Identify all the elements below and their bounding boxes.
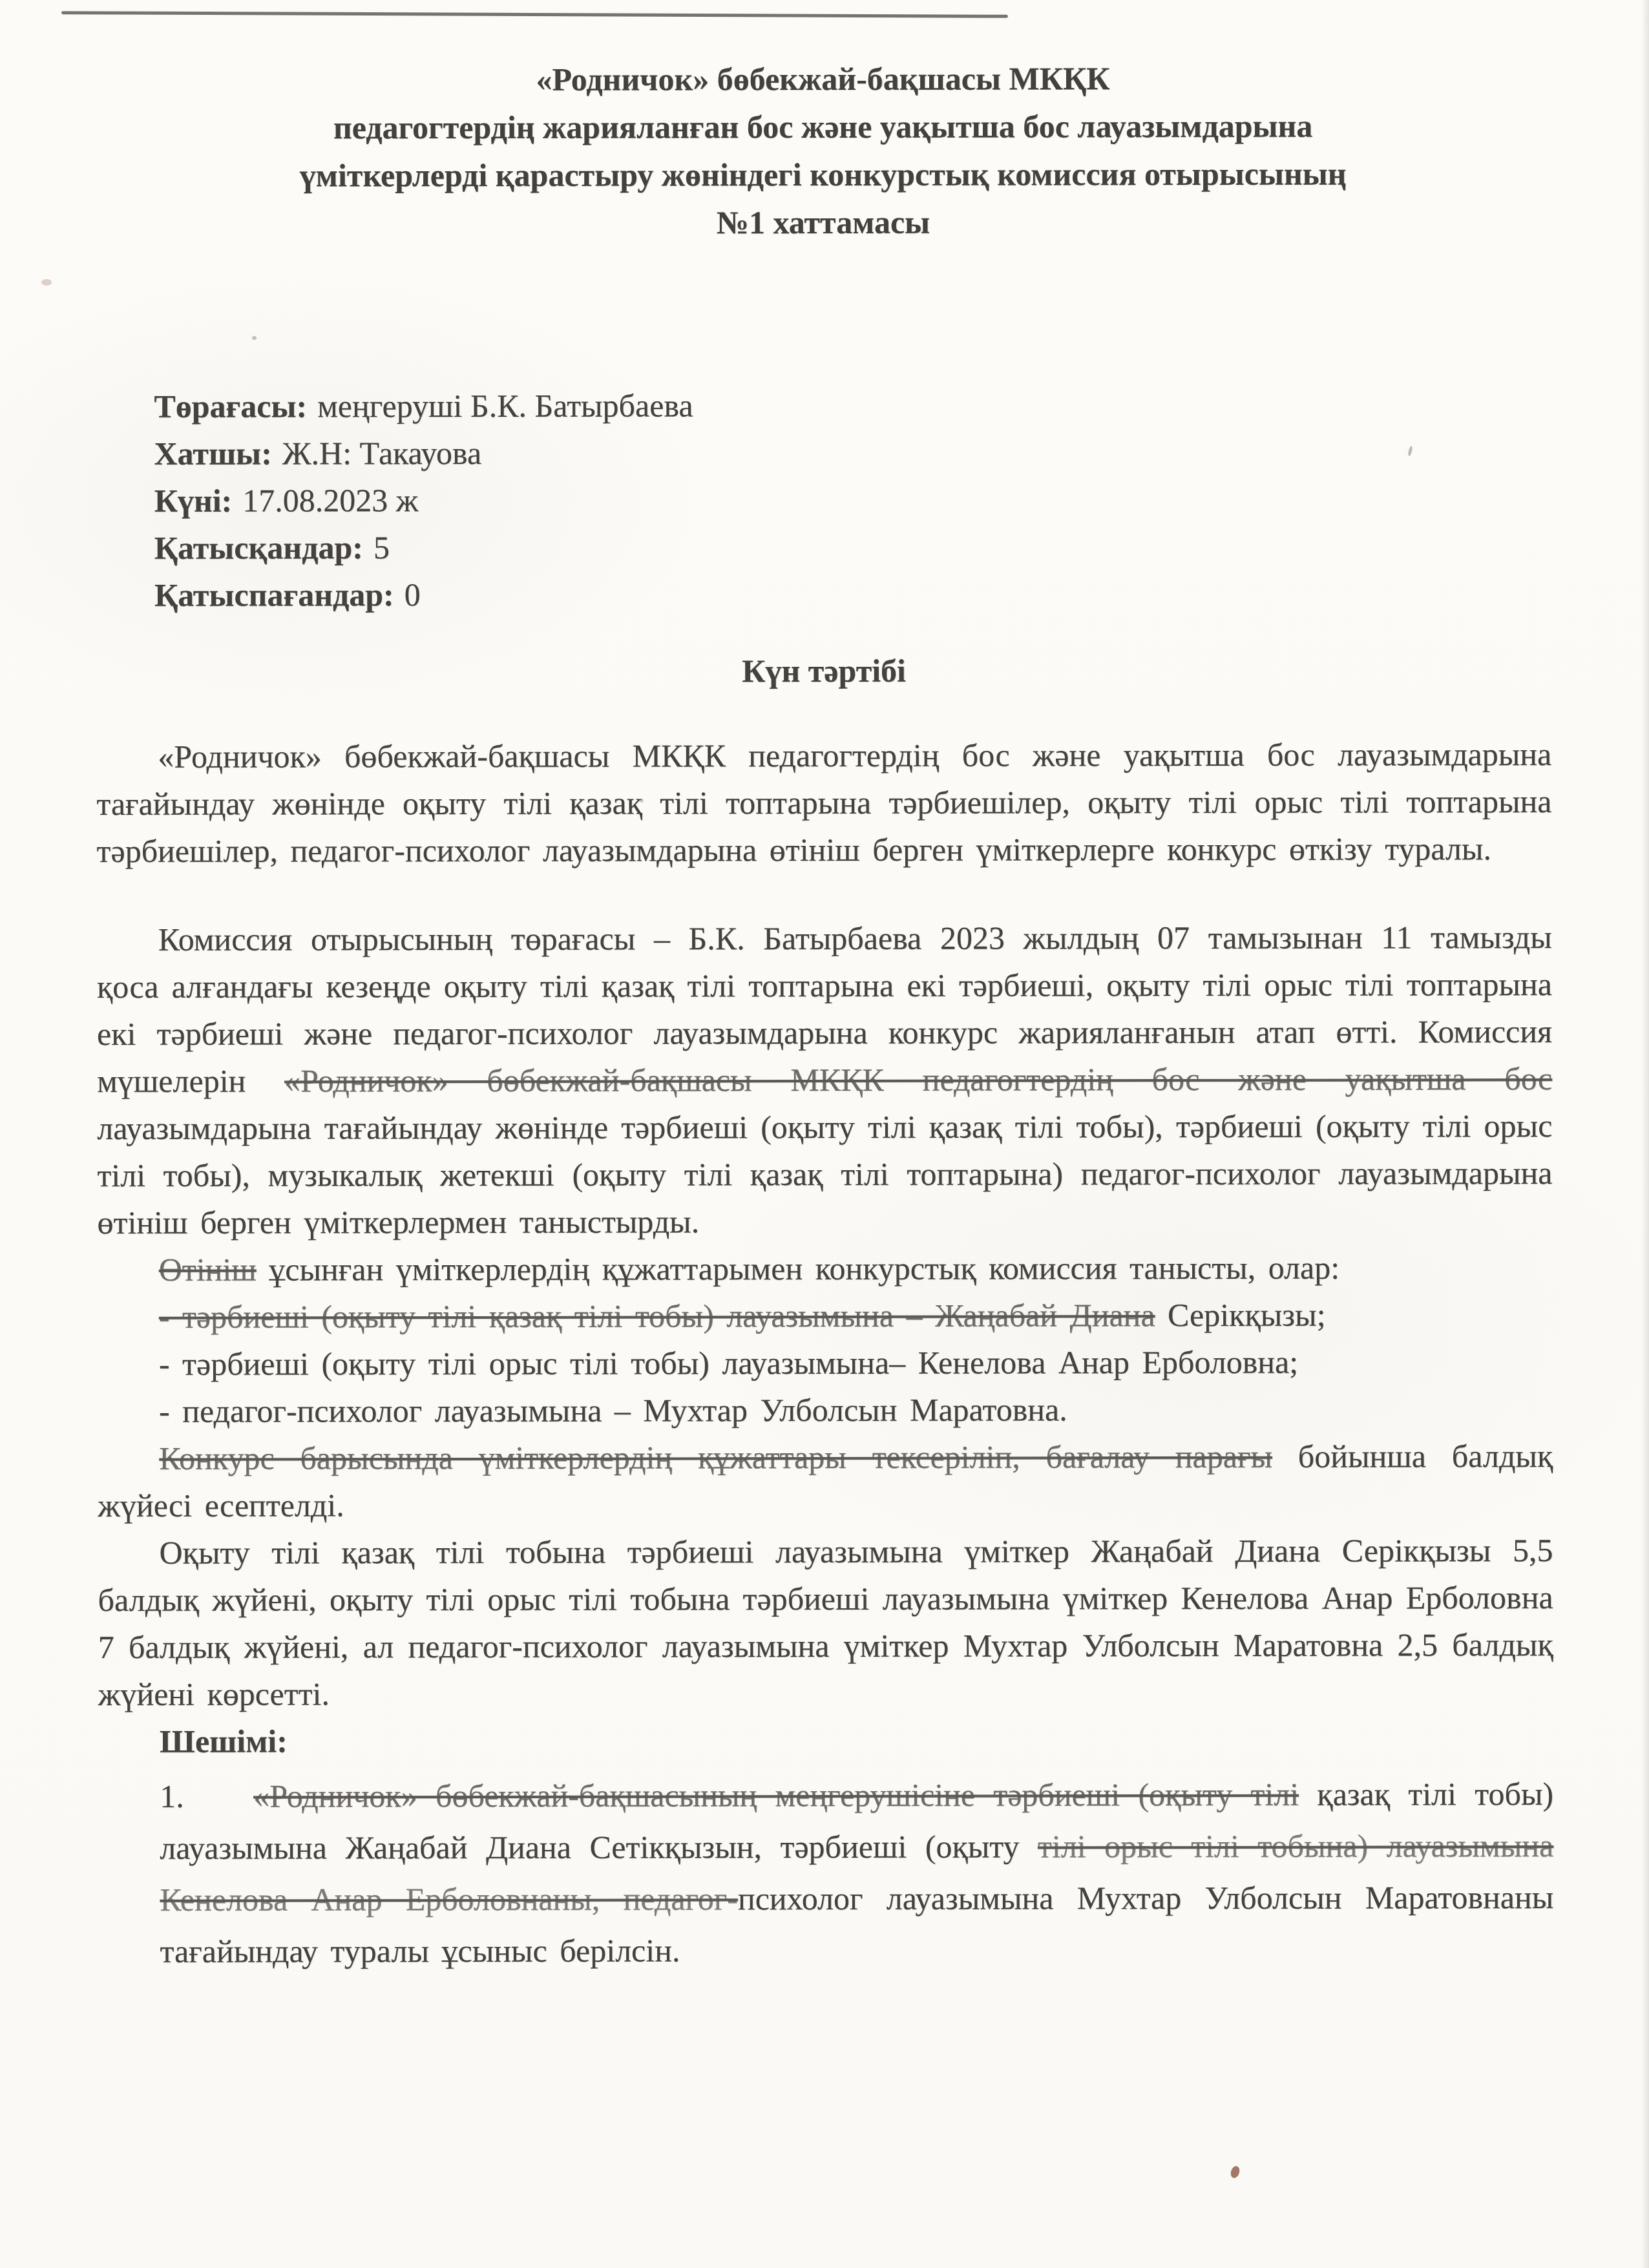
meta-block: Төрағасы:меңгеруші Б.К. Батырбаева Хатшы… (96, 381, 1551, 619)
scan-artifact-red-speck (1229, 2165, 1241, 2179)
paragraph-agenda: «Родничок» бөбекжай-бақшасы МКҚК педагог… (96, 731, 1551, 875)
document-content: «Родничок» бөбекжай-бақшасы МКҚК педагог… (95, 54, 1553, 1977)
agenda-heading: Күн тәртібі (96, 646, 1551, 696)
paragraph-results: Оқыту тілі қазақ тілі тобына тәрбиеші ла… (98, 1527, 1553, 1718)
meta-label: Төрағасы: (154, 388, 307, 424)
title-line-4: №1 хаттамасы (96, 197, 1551, 247)
paragraph-scoring: Конкурс барысында үміткерлердің құжаттар… (98, 1433, 1553, 1529)
list-item-candidate-3: - педагог-психолог лауазымына – Мухтар У… (98, 1385, 1553, 1435)
paragraph-applicants-text: ұсынған үміткерлердің құжаттарымен конку… (257, 1250, 1339, 1288)
meta-label: Қатысқандар: (154, 529, 363, 566)
meta-label: Хатшы: (154, 435, 271, 471)
paragraph-applicants: Өтініш ұсынған үміткерлердің құжаттарыме… (98, 1244, 1553, 1294)
title-line-2: педагогтердің жарияланған бос және уақыт… (96, 101, 1551, 152)
meta-label: Күні: (154, 483, 233, 519)
title-line-3: үміткерлерді қарастыру жөніндегі конкурс… (96, 149, 1551, 200)
paragraph-commission-text: лауазымдарына тағайындау жөнінде тәрбиеш… (97, 1108, 1552, 1241)
struck-text: «Родничок» бөбекжай-бақшасы МКҚК педагог… (284, 1060, 1552, 1098)
meta-value: 0 (404, 576, 421, 613)
meta-value: 17.08.2023 ж (242, 482, 418, 518)
scan-artifact-top-edge-line (61, 11, 1008, 18)
document-title: «Родничок» бөбекжай-бақшасы МКҚК педагог… (95, 54, 1551, 247)
meta-secretary: Хатшы:Ж.Н: Такауова (154, 428, 1551, 478)
decision-heading: Шешімі: (98, 1716, 1553, 1765)
struck-text: «Родничок» бөбекжай-бақшасының меңгеруші… (253, 1776, 1299, 1814)
struck-text: Өтініш (159, 1252, 257, 1288)
decision-item-number: 1. (160, 1770, 253, 1822)
meta-attended-count: Қатысқандар:5 (154, 522, 1551, 572)
list-item-text: Серікқызы; (1155, 1297, 1325, 1333)
struck-text: - тәрбиеші (оқыту тілі қазақ тілі тобы) … (159, 1297, 1155, 1335)
meta-chairperson: Төрағасы:меңгеруші Б.К. Батырбаева (154, 381, 1551, 430)
struck-text: Конкурс барысында үміткерлердің құжаттар… (159, 1438, 1272, 1476)
scan-artifact-pink-speck (41, 279, 52, 286)
paragraph-commission: Комиссия отырысының төрағасы – Б.К. Баты… (97, 914, 1553, 1246)
meta-value: Ж.Н: Такауова (282, 435, 481, 472)
meta-value: меңгеруші Б.К. Батырбаева (317, 387, 693, 424)
meta-absent-count: Қатыспағандар:0 (154, 569, 1551, 619)
meta-value: 5 (373, 529, 390, 565)
scan-artifact-right-edge-shadow (1641, 0, 1649, 2268)
meta-date: Күні:17.08.2023 ж (154, 475, 1551, 525)
list-item-candidate-2: - тәрбиеші (оқыту тілі орыс тілі тобы) л… (98, 1338, 1553, 1388)
meta-label: Қатыспағандар: (154, 576, 394, 613)
title-line-1: «Родничок» бөбекжай-бақшасы МКҚК (95, 54, 1550, 104)
list-item-candidate-1: - тәрбиеші (оқыту тілі қазақ тілі тобы) … (98, 1291, 1553, 1341)
decision-item-1: 1.«Родничок» бөбекжай-бақшасының меңгеру… (160, 1768, 1554, 1977)
scanned-document-page: «Родничок» бөбекжай-бақшасы МКҚК педагог… (0, 0, 1649, 2268)
